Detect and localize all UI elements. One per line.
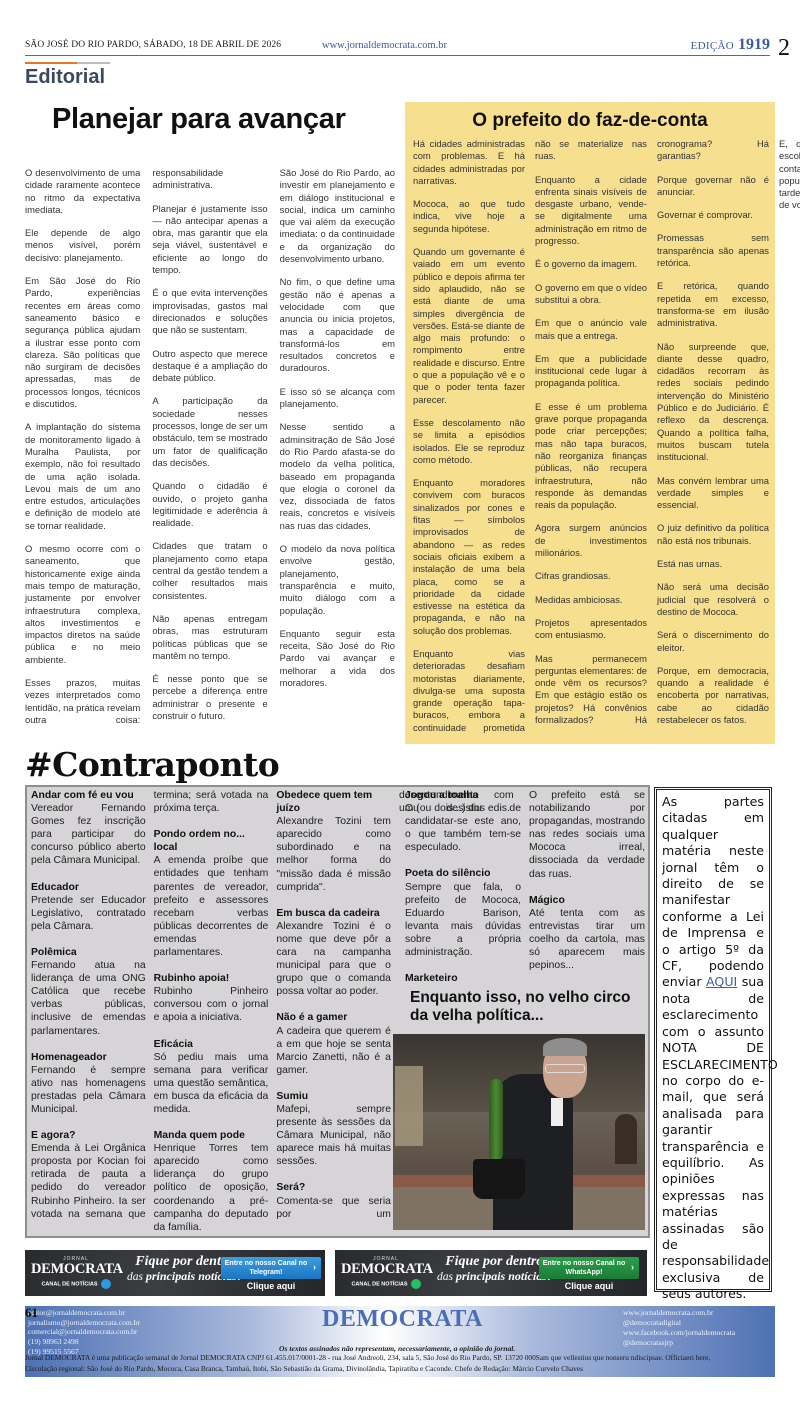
footer-logo: DEMOCRATA [322,1306,483,1333]
banner-logo: JORNAL DEMOCRATA CANAL DE NOTÍCIAS [31,1256,121,1289]
click-here-link[interactable]: Clique aqui [221,1281,321,1291]
logo-sub-text: CANAL DE NOTÍCIAS [41,1281,97,1287]
cucumber-icon [489,1079,503,1161]
note-text: Sempre que fala, o prefeito de Mococa, E… [405,881,521,960]
note-text: Rubinho Pinheiro conversou com o jornal … [154,985,269,1024]
paragraph: Quando um governante é vaiado em um even… [413,246,525,406]
note-text: Alexandre Tozini tem aparecido como subo… [276,815,391,894]
secondary-handle[interactable]: @democratasjrp [623,1338,735,1348]
note-text: Henrique Torres tem aparecido como lider… [154,1142,269,1234]
paragraph: A implantação do sistema de monitorament… [25,421,140,532]
click-here-link[interactable]: Clique aqui [539,1281,639,1291]
note-item: MágicoAté tenta com as entrevistas tirar… [529,894,645,973]
legal-notice: As partes citadas em qualquer matéria ne… [654,787,772,1292]
note-item: Andar com fé eu vouVereador Fernando Gom… [31,789,146,868]
note-heading: Não é a gamer [276,1011,391,1024]
paragraph: É o que evita intervenções improvisadas,… [152,287,267,336]
note-heading: Será? [276,1181,391,1194]
note-heading: Poeta do silêncio [405,867,521,880]
note-text: Pretende ser Educador Legislativo, contr… [31,894,146,933]
note-heading: Em busca da cadeira [276,907,391,920]
editorial-title: Planejar para avançar [52,103,346,136]
note-heading: Marketeiro [405,972,521,985]
logo-text: DEMOCRATA [341,1262,431,1276]
opinion-box: O prefeito do faz-de-conta Há cidades ad… [405,102,775,744]
logo-sub: CANAL DE NOTÍCIAS [341,1279,431,1289]
paragraph: Não será uma decisão judicial que resolv… [657,581,769,618]
footer-circulation-info: Circulação regional: São José do Rio Par… [25,1364,583,1373]
issue-date: SÃO JOSÉ DO RIO PARDO, SÁBADO, 18 DE ABR… [25,40,281,50]
section-divider [25,62,110,64]
banner-logo: JORNAL DEMOCRATA CANAL DE NOTÍCIAS [341,1256,431,1289]
paragraph: Ele depende de algo menos visível, porém… [25,227,140,264]
contraponto-columns: Andar com fé eu vouVereador Fernando Gom… [31,789,391,1234]
join-telegram-button[interactable]: Entre no nosso Canal no Telegram!› [221,1257,321,1279]
footer-disclaimer: Os textos assinados não representam, nec… [279,1344,515,1353]
website-link[interactable]: www.jornaldemocrata.com.br [623,1308,735,1318]
paragraph: Cifras grandiosas. [535,570,647,582]
slogan-line-1: Fique por dentro [437,1255,552,1269]
join-whatsapp-button[interactable]: Entre no nosso Canal no WhatsApp!› [539,1257,639,1279]
button-label: Entre no nosso Canal no WhatsApp! [543,1260,625,1276]
slogan-prefix: das [127,1271,146,1283]
torn-banner [395,1066,423,1146]
paragraph: O mesmo ocorre com o saneamento, que his… [25,543,140,666]
paragraph: E esse é um problema grave porque propag… [535,401,647,512]
note-heading: E agora? [31,1129,146,1142]
photo-headline: Enquanto isso, no velho circo da velha p… [410,989,650,1025]
glasses-icon [545,1064,585,1073]
paragraph: Nesse sentido a adminsitração de São Jos… [280,421,395,532]
email-jornalismo[interactable]: jornalismo@jornaldemocrata.com.br [28,1318,140,1328]
note-text: Fernando atua na liderança de uma ONG Ca… [31,959,146,1038]
logo-text: DEMOCRATA [31,1262,121,1276]
paragraph: Mococa, ao que tudo indica, vive hoje a … [413,198,525,235]
paragraph: E, quando um governo escolhe viver no fa… [779,138,800,212]
paragraph: O governo em que o vídeo substitui a obr… [535,282,647,307]
note-item: Jogou a toalhaOu desistiu de candidatar-… [405,789,521,854]
facebook-link[interactable]: www.facebook.com/jornaldemocrata [623,1328,735,1338]
note-text: A cadeira que querem é a em que hoje se … [276,1025,391,1077]
footer-page-number: 61 [25,1305,38,1321]
note-item: Pondo ordem no... localA emenda proíbe q… [154,828,269,959]
note-item: Não é a gamerA cadeira que querem é a em… [276,1011,391,1076]
paragraph: Mas convém lembrar uma verdade simples e… [657,475,769,512]
footer-publisher-info: Jornal DEMOCRATA é uma publicação semana… [25,1353,710,1362]
note-item: Obedece quem tem juízoAlexandre Tozini t… [276,789,391,894]
paragraph: Será o discernimento do eleitor. [657,629,769,654]
paragraph: Porque, em democracia, quando a realidad… [657,665,769,726]
paragraph: Em que o anúncio vale mais que a entrega… [535,317,647,342]
note-heading: Obedece quem tem juízo [276,789,391,815]
telegram-banner[interactable]: JORNAL DEMOCRATA CANAL DE NOTÍCIAS Fique… [25,1250,325,1296]
paragraph: Quando o cidadão é ouvido, o projeto gan… [152,480,267,529]
note-text: Ou desistiu de candidatar-se este ano, o… [405,802,521,854]
banner-slogan: Fique por dentro das principais notícias… [437,1255,552,1284]
chevron-right-icon: › [631,1263,634,1272]
paragraph: Medidas ambiciosas. [535,594,647,606]
note-item: EficáciaSó pediu mais uma semana para ve… [154,1038,269,1117]
paragraph: Esse descolamento não se limita a episód… [413,417,525,466]
paragraph: No fim, o que define uma gestão não é ap… [280,276,395,374]
note-item: SumiuMafepi, sempre presente às sessões … [276,1090,391,1169]
paragraph: O desenvolvimento de uma cidade rarament… [25,167,140,216]
note-text: A emenda proíbe que entidades que tenham… [154,854,269,959]
edition-number: 1919 [738,36,770,53]
email-editor[interactable]: editor@jornaldemocrata.com.br [28,1308,140,1318]
note-text: Mafepi, sempre presente às sessões da Câ… [276,1103,391,1168]
phone-1: (19) 98963 2498 [28,1337,140,1347]
slogan-line-2: das principais notícias! [437,1269,552,1284]
paragraph: E retórica, quando repetida em excesso, … [657,280,769,329]
logo-sub-text: CANAL DE NOTÍCIAS [351,1281,407,1287]
paragraph: O juiz definitivo da política não está n… [657,522,769,547]
contraponto-columns-right: Jogou a toalhaOu desistiu de candidatar-… [405,789,645,989]
note-heading: Eficácia [154,1038,269,1051]
footer: editor@jornaldemocrata.com.br jornalismo… [25,1306,775,1377]
opinion-title: O prefeito do faz-de-conta [405,110,775,132]
note-heading: Rubinho apoia! [154,972,269,985]
paragraph: Agora surgem anúncios de investimentos m… [535,522,647,559]
legal-text-after: sua nota de esclarecimento com o assunto… [662,974,778,1301]
note-item: Em busca da cadeiraAlexandre Tozini é o … [276,907,391,999]
paragraph: O modelo da nova política envolve gestão… [280,543,395,617]
note-heading: Pondo ordem no... local [154,828,269,854]
note-text: O prefeito está se notabilizando por pro… [529,789,645,881]
footer-contacts: editor@jornaldemocrata.com.br jornalismo… [28,1308,140,1357]
note-heading: Mágico [529,894,645,907]
send-note-link[interactable]: AQUI [706,974,737,989]
paragraph: E isso só se alcança com planejamento. [280,386,395,411]
note-text: Vereador Fernando Gomes fez inscrição pa… [31,802,146,867]
paragraph: Em que a publicidade institucional cede … [535,353,647,390]
paragraph: A participação da sociedade nesses proce… [152,395,267,469]
note-text: Fernando é sempre ativo nas homenagens p… [31,1064,146,1116]
note-item: Poeta do silêncioSempre que fala, o pref… [405,867,521,959]
telegram-icon [101,1279,111,1289]
edition-label-text: EDIÇÃO [691,40,734,52]
magician-shirt [551,1098,563,1126]
page-number: 2 [778,36,790,60]
section-divider-accent [25,62,77,64]
paragraph: Enquanto seguir esta receita, São José d… [280,628,395,689]
paragraph: São José do Rio Pardo, ao investir em pl… [280,167,395,265]
edition-label: EDIÇÃO 1919 [691,36,770,54]
paragraph: Governar é comprovar. [657,209,769,221]
paragraph: Não apenas entregam obras, mas estrutura… [152,613,267,662]
website-link[interactable]: www.jornaldemocrata.com.br [322,40,447,51]
background-figure [615,1114,637,1164]
paragraph: É nesse ponto que se percebe a diferença… [152,673,267,722]
note-text: Até tenta com as entrevistas tirar um co… [529,907,645,972]
note-text: Alexandre Tozini é o nome que deve pôr a… [276,920,391,999]
top-hat-icon [473,1159,525,1199]
note-heading: Jogou a toalha [405,789,521,802]
paragraph: Enquanto a cidade enfrenta sinais visíve… [535,174,647,248]
paragraph: Planejar é justamente isso — não antecip… [152,203,267,277]
paragraph: Não surpreende que, diante desse quadro,… [657,341,769,464]
note-text: Só pediu mais uma semana para verificar … [154,1051,269,1116]
email-comercial[interactable]: comercial@jornaldemocrata.com.br [28,1327,140,1337]
note-item: HomenageadorFernando é sempre ativo nas … [31,1051,146,1116]
whatsapp-banner[interactable]: JORNAL DEMOCRATA CANAL DE NOTÍCIAS Fique… [335,1250,647,1296]
note-heading: Educador [31,881,146,894]
section-title: Editorial [25,66,105,89]
masthead: SÃO JOSÉ DO RIO PARDO, SÁBADO, 18 DE ABR… [25,38,770,56]
note-item: PolêmicaFernando atua na liderança de um… [31,946,146,1038]
note-heading: Homenageador [31,1051,146,1064]
contraponto-title: #Contraponto [25,745,279,784]
note-item: Rubinho apoia!Rubinho Pinheiro conversou… [154,972,269,1024]
slogan-prefix: das [437,1271,456,1283]
opinion-body: Há cidades administradas com problemas. … [413,138,769,738]
note-item: Manda quem podeHenrique Torres tem apare… [154,1129,269,1234]
whatsapp-icon [411,1279,421,1289]
paragraph: Porque governar não é anunciar. [657,174,769,199]
note-item: EducadorPretende ser Educador Legislativ… [31,881,146,933]
chevron-right-icon: › [313,1263,316,1272]
paragraph: Outro aspecto que merece destaque é a am… [152,348,267,385]
paragraph: Promessas sem transparência são apenas r… [657,232,769,269]
footer-web-links: www.jornaldemocrata.com.br @democratadig… [623,1308,735,1348]
logo-sub: CANAL DE NOTÍCIAS [31,1279,121,1289]
circus-magician-photo [393,1034,645,1230]
paragraph: Em São José do Rio Pardo, experiências r… [25,275,140,410]
paragraph: Enquanto moradores convivem com buracos … [413,477,525,637]
note-heading: Manda quem pode [154,1129,269,1142]
magician-hair [543,1038,587,1056]
button-label: Entre no nosso Canal no Telegram! [225,1260,307,1276]
paragraph: Projetos apresentados com entusiasmo. [535,617,647,642]
editorial-body: O desenvolvimento de uma cidade rarament… [25,167,395,732]
note-heading: Andar com fé eu vou [31,789,146,802]
paragraph: Há cidades administradas com problemas. … [413,138,525,187]
legal-text-before: As partes citadas em qualquer matéria ne… [662,794,764,989]
contraponto-box: Andar com fé eu vouVereador Fernando Gom… [25,785,650,1238]
note-heading: Polêmica [31,946,146,959]
paragraph: Cidades que tratam o planejamento como e… [152,540,267,601]
paragraph: É o governo da imagem. [535,258,647,270]
slogan-emph: principais notícias! [456,1269,552,1283]
instagram-handle[interactable]: @democratadigital [623,1318,735,1328]
note-heading: Sumiu [276,1090,391,1103]
paragraph: Está nas urnas. [657,558,769,570]
